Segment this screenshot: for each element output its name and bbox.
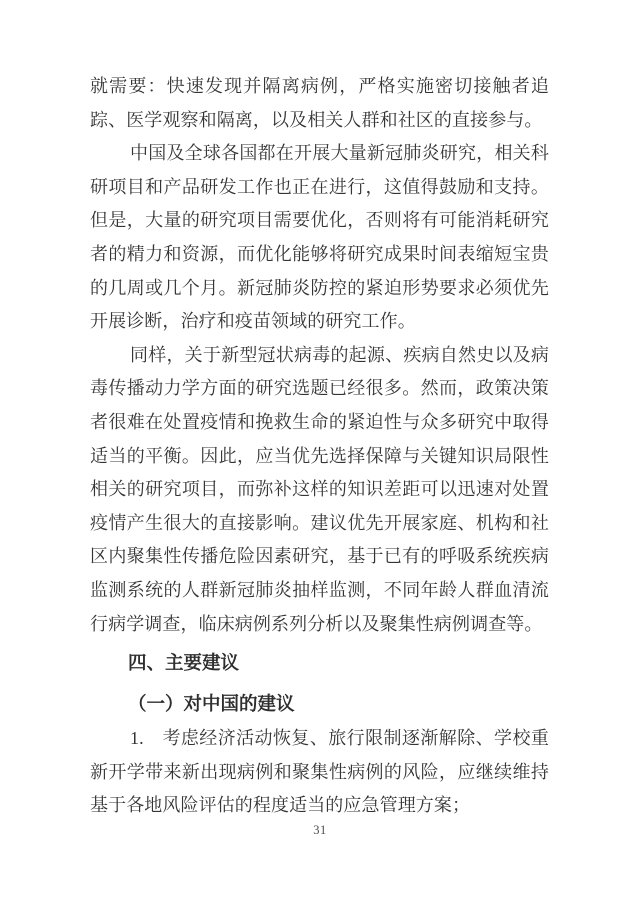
paragraph-continuation: 就需要：快速发现并隔离病例，严格实施密切接触者追踪、医学观察和隔离，以及相关人群… (90, 70, 549, 137)
section-heading: （一）对中国的建议 (90, 689, 549, 723)
paragraph: 中国及全球各国都在开展大量新冠肺炎研究，相关科研项目和产品研发工作也正在进行，这… (90, 137, 549, 339)
page-number: 31 (0, 822, 640, 838)
paragraph: 1. 考虑经济活动恢复、旅行限制逐渐解除、学校重新开学带来新出现病例和聚集性病例… (90, 722, 549, 823)
document-viewport: { "page": { "number": "31", "blocks": [ … (0, 0, 640, 905)
section-heading: 四、主要建议 (90, 648, 549, 682)
paragraph: 同样，关于新型冠状病毒的起源、疾病自然史以及病毒传播动力学方面的研究选题已经很多… (90, 339, 549, 641)
document-page: 就需要：快速发现并隔离病例，严格实施密切接触者追踪、医学观察和隔离，以及相关人群… (90, 70, 549, 823)
